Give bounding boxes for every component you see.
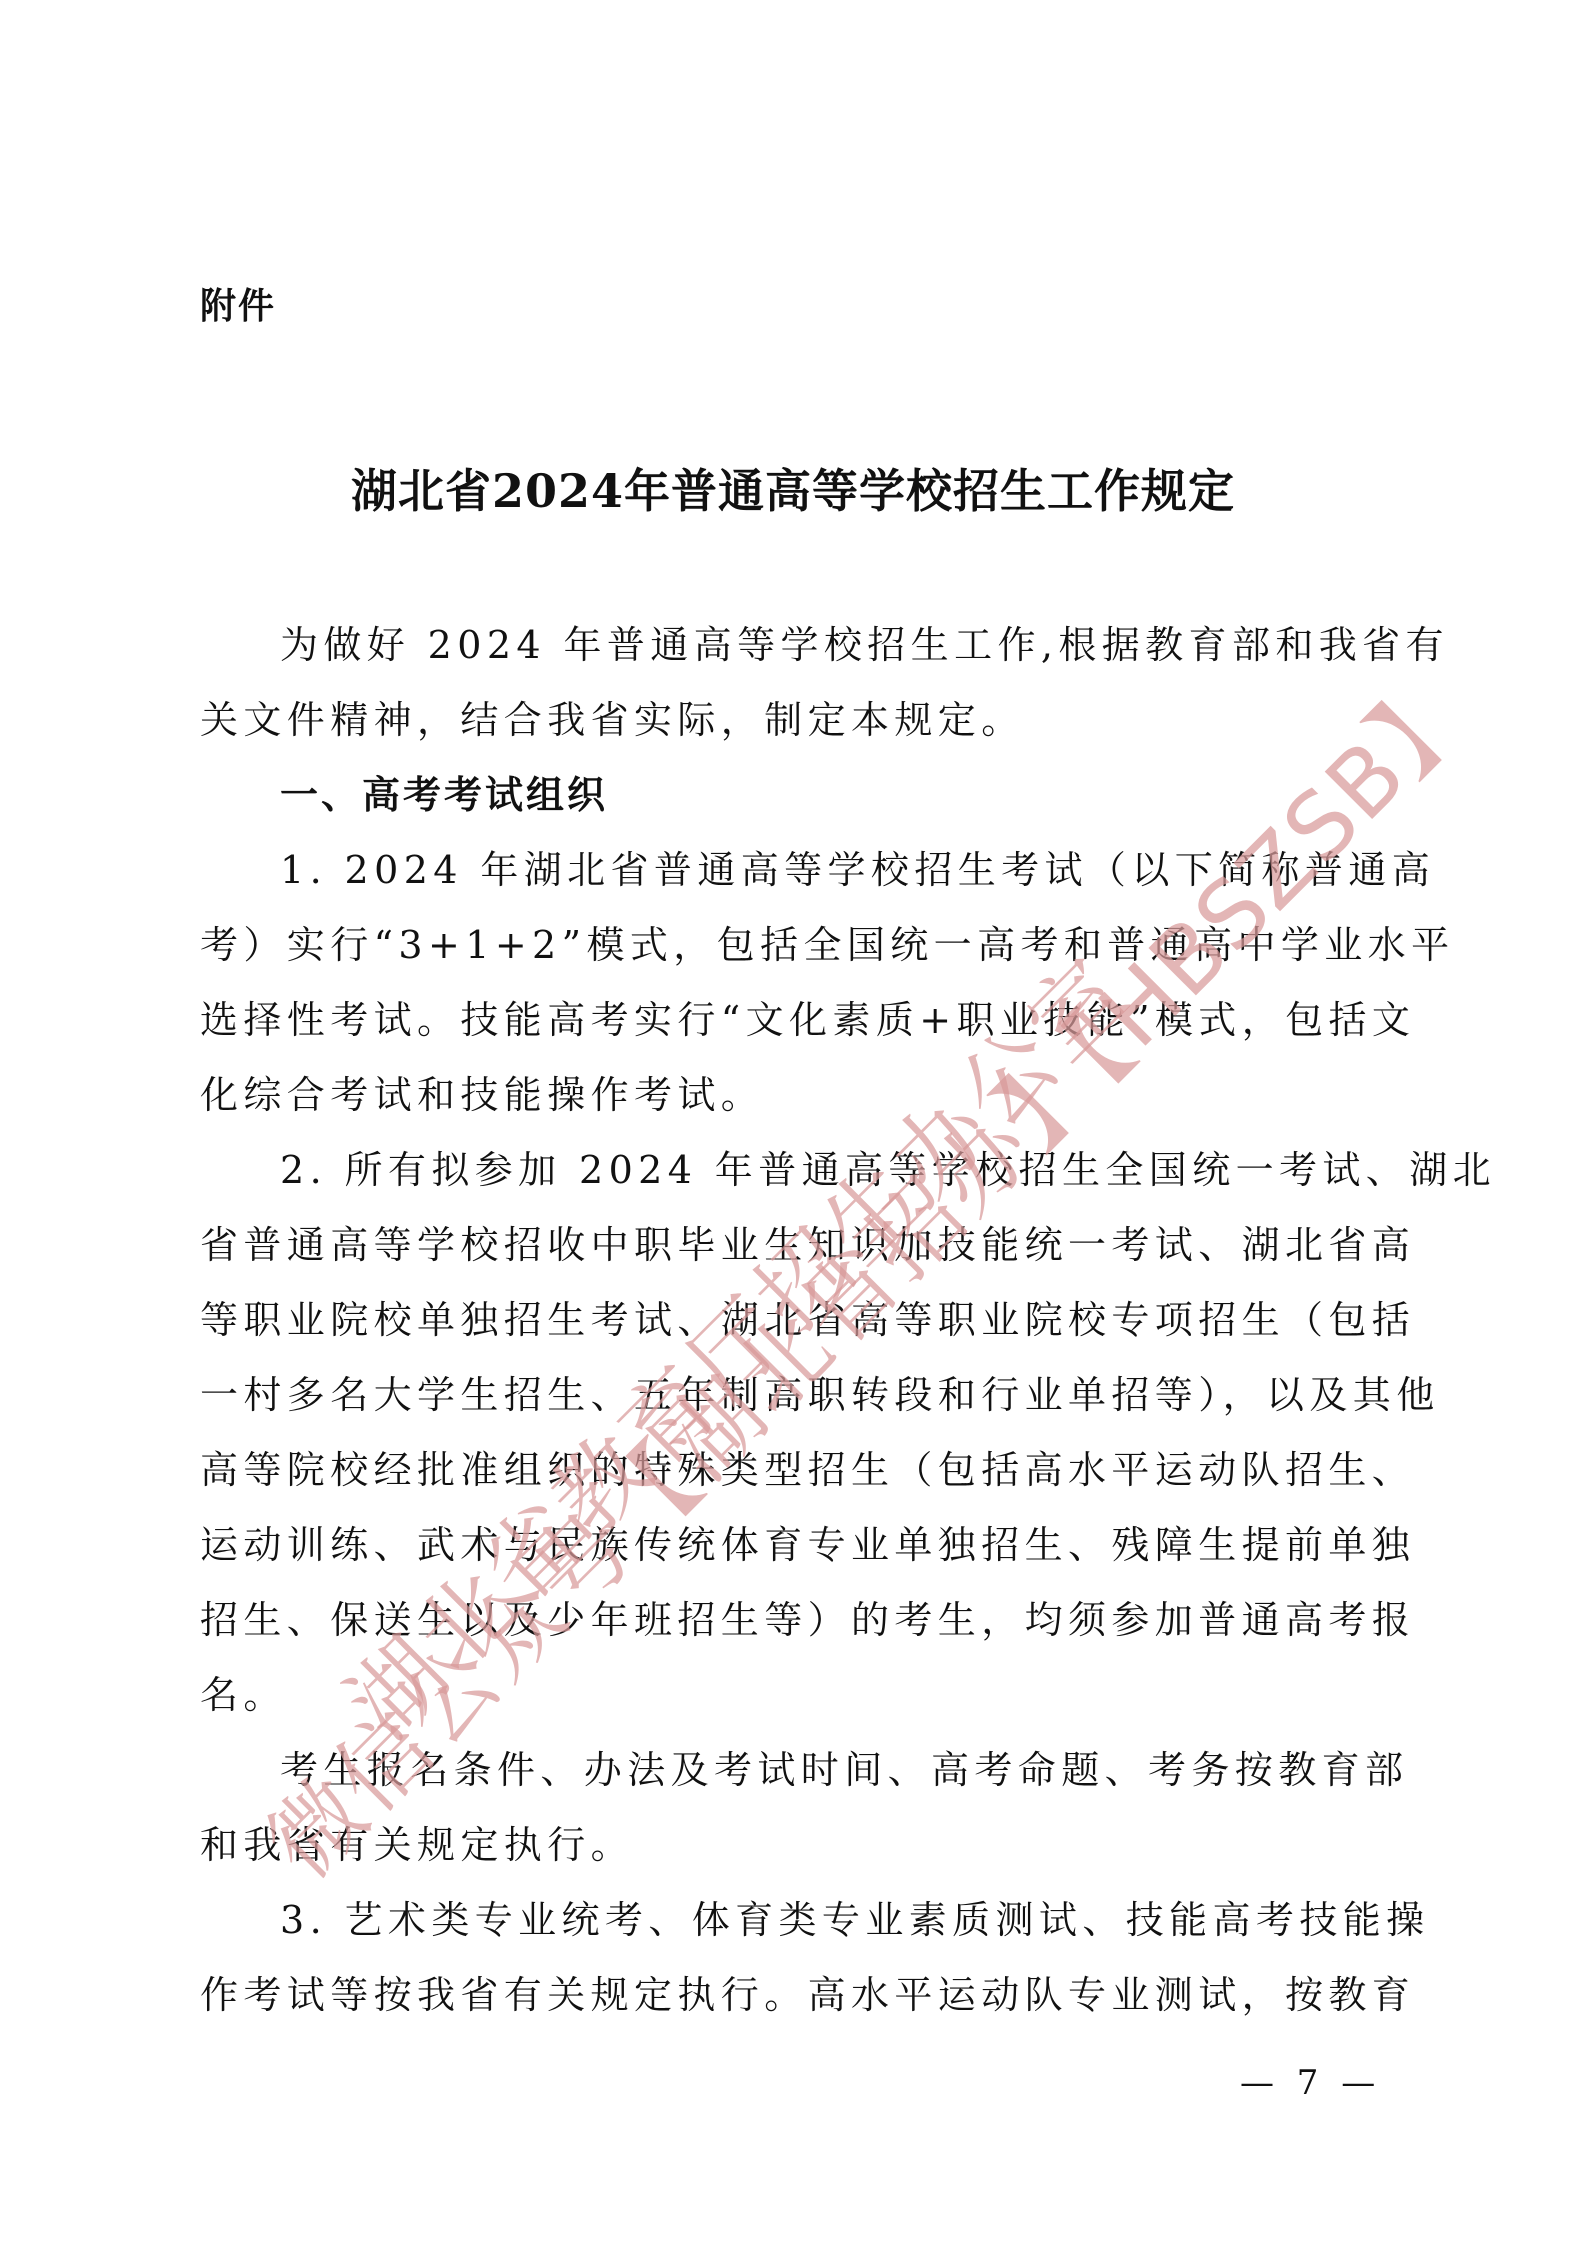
paragraph-line: 招生、保送生以及少年班招生等）的考生，均须参加普通高考报 [200, 1583, 1386, 1658]
paragraph-line: 名。 [200, 1658, 1386, 1733]
document-title: 湖北省2024年普通高等学校招生工作规定 [0, 455, 1586, 521]
paragraph-line: 为做好 2024 年普通高等学校招生工作,根据教育部和我省有 [200, 608, 1386, 683]
paragraph-line: 考）实行“3+1+2”模式，包括全国统一高考和普通高中学业水平 [200, 908, 1386, 983]
paragraph-line: 等职业院校单独招生考试、湖北省高等职业院校专项招生（包括 [200, 1283, 1386, 1358]
paragraph-line: 选择性考试。技能高考实行“文化素质+职业技能”模式，包括文 [200, 983, 1386, 1058]
paragraph-line: 运动训练、武术与民族传统体育专业单独招生、残障生提前单独 [200, 1508, 1386, 1583]
paragraph-line: 1. 2024 年湖北省普通高等学校招生考试（以下简称普通高 [200, 833, 1386, 908]
paragraph-line: 和我省有关规定执行。 [200, 1808, 1386, 1883]
paragraph-line: 3. 艺术类专业统考、体育类专业素质测试、技能高考技能操 [200, 1883, 1386, 1958]
paragraph-line: 考生报名条件、办法及考试时间、高考命题、考务按教育部 [200, 1733, 1386, 1808]
paragraph-line: 关文件精神，结合我省实际，制定本规定。 [200, 683, 1386, 758]
document-page: 附件 湖北省2024年普通高等学校招生工作规定 为做好 2024 年普通高等学校… [0, 0, 1586, 2245]
paragraph-line: 化综合考试和技能操作考试。 [200, 1058, 1386, 1133]
section-heading: 一、高考考试组织 [200, 758, 1386, 833]
paragraph-line: 一村多名大学生招生、五年制高职转段和行业单招等），以及其他 [200, 1358, 1386, 1433]
document-body: 为做好 2024 年普通高等学校招生工作,根据教育部和我省有关文件精神，结合我省… [200, 608, 1386, 2033]
page-number: — 7 — [1240, 2063, 1381, 2103]
attachment-label: 附件 [200, 278, 276, 329]
paragraph-line: 省普通高等学校招收中职毕业生知识加技能统一考试、湖北省高 [200, 1208, 1386, 1283]
paragraph-line: 作考试等按我省有关规定执行。高水平运动队专业测试，按教育 [200, 1958, 1386, 2033]
paragraph-line: 高等院校经批准组织的特殊类型招生（包括高水平运动队招生、 [200, 1433, 1386, 1508]
paragraph-line: 2. 所有拟参加 2024 年普通高等学校招生全国统一考试、湖北 [200, 1133, 1386, 1208]
